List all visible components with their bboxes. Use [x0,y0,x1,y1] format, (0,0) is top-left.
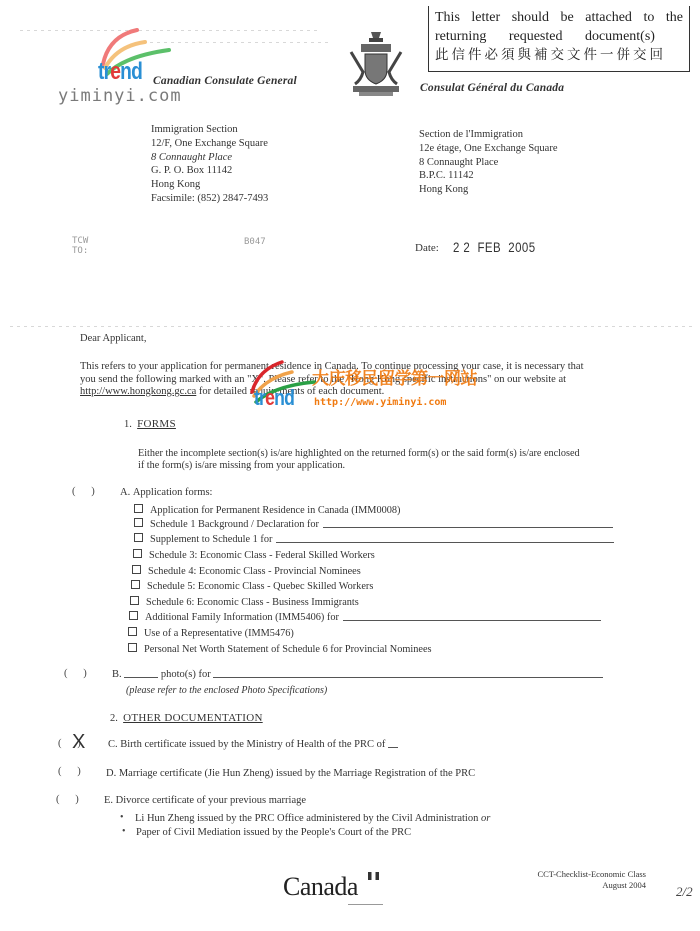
address-line: Section de l'Immigration [419,128,557,142]
routing-code: B047 [244,237,266,247]
item-text: Divorce certificate of your previous mar… [116,795,306,806]
description-line: Either the incomplete section(s) is/are … [138,448,580,460]
address-english: Immigration Section 12/F, One Exchange S… [151,123,268,206]
address-line: 12/F, One Exchange Square [151,137,268,151]
brand-part: tr [98,58,110,85]
handwritten-x-mark: X [72,731,85,754]
form-checkbox[interactable] [132,565,141,574]
notice-word: to [643,8,654,27]
watermark-url: http://www.yiminyi.com [314,397,446,408]
wordmark-rule [348,904,383,905]
consulate-name-fr: Consulat Général du Canada [420,82,564,94]
item-letter: E. [104,795,113,806]
item-letter: A. [120,487,130,498]
form-label: Schedule 1 Background / Declaration for [150,519,319,530]
address-line: 12e étage, One Exchange Square [419,142,557,156]
birth-cert-of-blank[interactable] [388,747,398,748]
address-line: 8 Connaught Place [419,156,557,170]
routing-block: TCW TO: [72,236,88,256]
form-checklist-item: Additional Family Information (IMM5406) … [129,611,601,623]
form-label: Supplement to Schedule 1 for [150,534,272,545]
form-label: Personal Net Worth Statement of Schedule… [144,644,432,655]
address-line: Hong Kong [419,183,557,197]
item-text: Application forms: [133,487,213,498]
section-1-heading: 1. FORMS [124,418,176,432]
form-checklist-item: Personal Net Worth Statement of Schedule… [128,643,432,655]
notice-word: be [561,8,574,27]
notice-line-3-zh: 此信件必須與補交文件一併交回 [435,46,683,65]
form-checklist-item: Schedule 3: Economic Class - Federal Ski… [133,549,375,561]
item-d-checkbox[interactable]: ( ) [58,766,81,777]
item-d-label: D. Marriage certificate (Jie Hun Zheng) … [106,768,475,781]
notice-word: attached [585,8,632,27]
form-checkbox[interactable] [128,627,137,636]
form-checklist-item: Schedule 5: Economic Class - Quebec Skil… [131,580,373,592]
form-checklist-item: Use of a Representative (IMM5476) [128,627,294,639]
section-2-heading: 2. OTHER DOCUMENTATION [110,712,263,726]
form-checklist-item: Schedule 4: Economic Class - Provincial … [132,565,361,577]
divorce-option-2: Paper of Civil Mediation issued by the P… [136,827,411,840]
item-b-label: B. photo(s) for [112,669,603,682]
section-number: 1. [124,419,132,430]
scan-noise [10,326,695,327]
consulate-name-en: Canadian Consulate General [153,75,297,87]
section-title: OTHER DOCUMENTATION [123,712,263,724]
address-line: Hong Kong [151,178,268,192]
watermark-brand-mid: trend [254,385,294,411]
form-label: Schedule 6: Economic Class - Business Im… [146,597,359,608]
form-code-block: CCT-Checklist-Economic Class August 2004 [490,869,646,891]
brand-part: e [110,58,120,85]
section-1-description: Either the incomplete section(s) is/are … [138,448,580,472]
notice-word: should [512,8,549,27]
attach-notice-box: This letter should be attached to the re… [428,6,690,72]
canada-coat-of-arms-icon [347,28,405,98]
address-french: Section de l'Immigration 12e étage, One … [419,128,557,197]
item-a-checkbox[interactable]: ( ) [72,486,95,497]
divorce-option-1: Li Hun Zheng issued by the PRC Office ad… [135,813,490,826]
item-a-label: A. Application forms: [120,487,212,500]
form-checkbox[interactable] [128,643,137,652]
bullet-icon: • [120,812,124,823]
item-text: Marriage certificate (Jie Hun Zheng) iss… [119,768,475,779]
routing-from: TCW [72,236,88,246]
item-letter: D. [106,768,116,779]
option-text: Paper of Civil Mediation issued by the P… [136,827,411,838]
form-code: CCT-Checklist-Economic Class [490,869,646,880]
form-fill-blank[interactable] [343,620,601,621]
section-title: FORMS [137,418,176,430]
item-text: photo(s) for [161,669,211,680]
form-checkbox[interactable] [130,596,139,605]
brand-part: nd [120,58,142,85]
form-fill-blank[interactable] [323,527,613,528]
form-checklist-item: Schedule 6: Economic Class - Business Im… [130,596,359,608]
form-label: Additional Family Information (IMM5406) … [145,612,339,623]
item-text: Birth certificate issued by the Ministry… [120,739,385,750]
section-number: 2. [110,713,118,724]
form-date: August 2004 [490,880,646,891]
option-text: Li Hun Zheng issued by the PRC Office ad… [135,813,481,824]
form-checkbox[interactable] [134,504,143,513]
item-b-checkbox[interactable]: ( ) [64,668,87,679]
item-c-label: C. Birth certificate issued by the Minis… [108,739,398,752]
notice-word: the [666,8,683,27]
notice-line-1: This letter should be attached to the [435,8,683,27]
photo-count-blank[interactable] [124,677,158,678]
scan-noise [150,42,330,43]
form-label: Use of a Representative (IMM5476) [144,628,294,639]
website-link[interactable]: http://www.hongkong.gc.ca [80,386,196,397]
watermark-brand-top: trend [98,58,142,86]
bullet-icon: • [122,826,126,837]
watermark-zh-title: 大庆移民留学第一网站 [312,364,477,389]
address-line: Immigration Section [151,123,268,137]
address-line: 8 Connaught Place [151,151,268,165]
fax-number: Facsimile: (852) 2847-7493 [151,192,268,206]
form-checkbox[interactable] [131,580,140,589]
brand-part: tr [254,385,265,410]
form-checkbox[interactable] [133,549,142,558]
item-e-label: E. Divorce certificate of your previous … [104,795,306,808]
form-checklist-item: Supplement to Schedule 1 for [134,533,614,545]
form-checkbox[interactable] [129,611,138,620]
brand-part: nd [274,385,294,410]
form-checkbox[interactable] [134,533,143,542]
form-label: Application for Permanent Residence in C… [150,505,401,516]
canada-flag-icon [368,872,379,880]
description-line: if the form(s) is/are missing from your … [138,460,580,472]
notice-word: letter [471,8,500,27]
watermark-site-top: yiminyi.com [58,86,182,106]
photo-for-blank[interactable] [213,677,603,678]
brand-part: e [265,385,274,410]
date-label: Date: [415,242,439,254]
date-stamp: 2 2 FEB 2005 [453,240,536,255]
notice-word: This [435,8,460,27]
option-suffix: or [481,813,490,824]
item-letter: C. [108,739,118,750]
form-label: Schedule 5: Economic Class - Quebec Skil… [147,581,373,592]
routing-to: TO: [72,246,88,256]
form-checkbox[interactable] [134,518,143,527]
item-letter: B. [112,669,122,680]
form-fill-blank[interactable] [276,542,614,543]
page-number-mark: 2/2 [676,884,693,900]
item-e-checkbox[interactable]: ( ) [56,794,79,805]
form-label: Schedule 3: Economic Class - Federal Ski… [149,550,375,561]
address-line: B.P.C. 11142 [419,169,557,183]
notice-line-2: returning requested document(s) [435,27,683,46]
form-checklist-item: Application for Permanent Residence in C… [134,504,401,516]
photo-spec-note: (please refer to the enclosed Photo Spec… [126,685,327,698]
form-checklist-item: Schedule 1 Background / Declaration for [134,518,613,530]
address-line: G. P. O. Box 11142 [151,164,268,178]
canada-wordmark: Canada [283,872,358,902]
salutation: Dear Applicant, [80,333,146,346]
form-label: Schedule 4: Economic Class - Provincial … [148,566,361,577]
